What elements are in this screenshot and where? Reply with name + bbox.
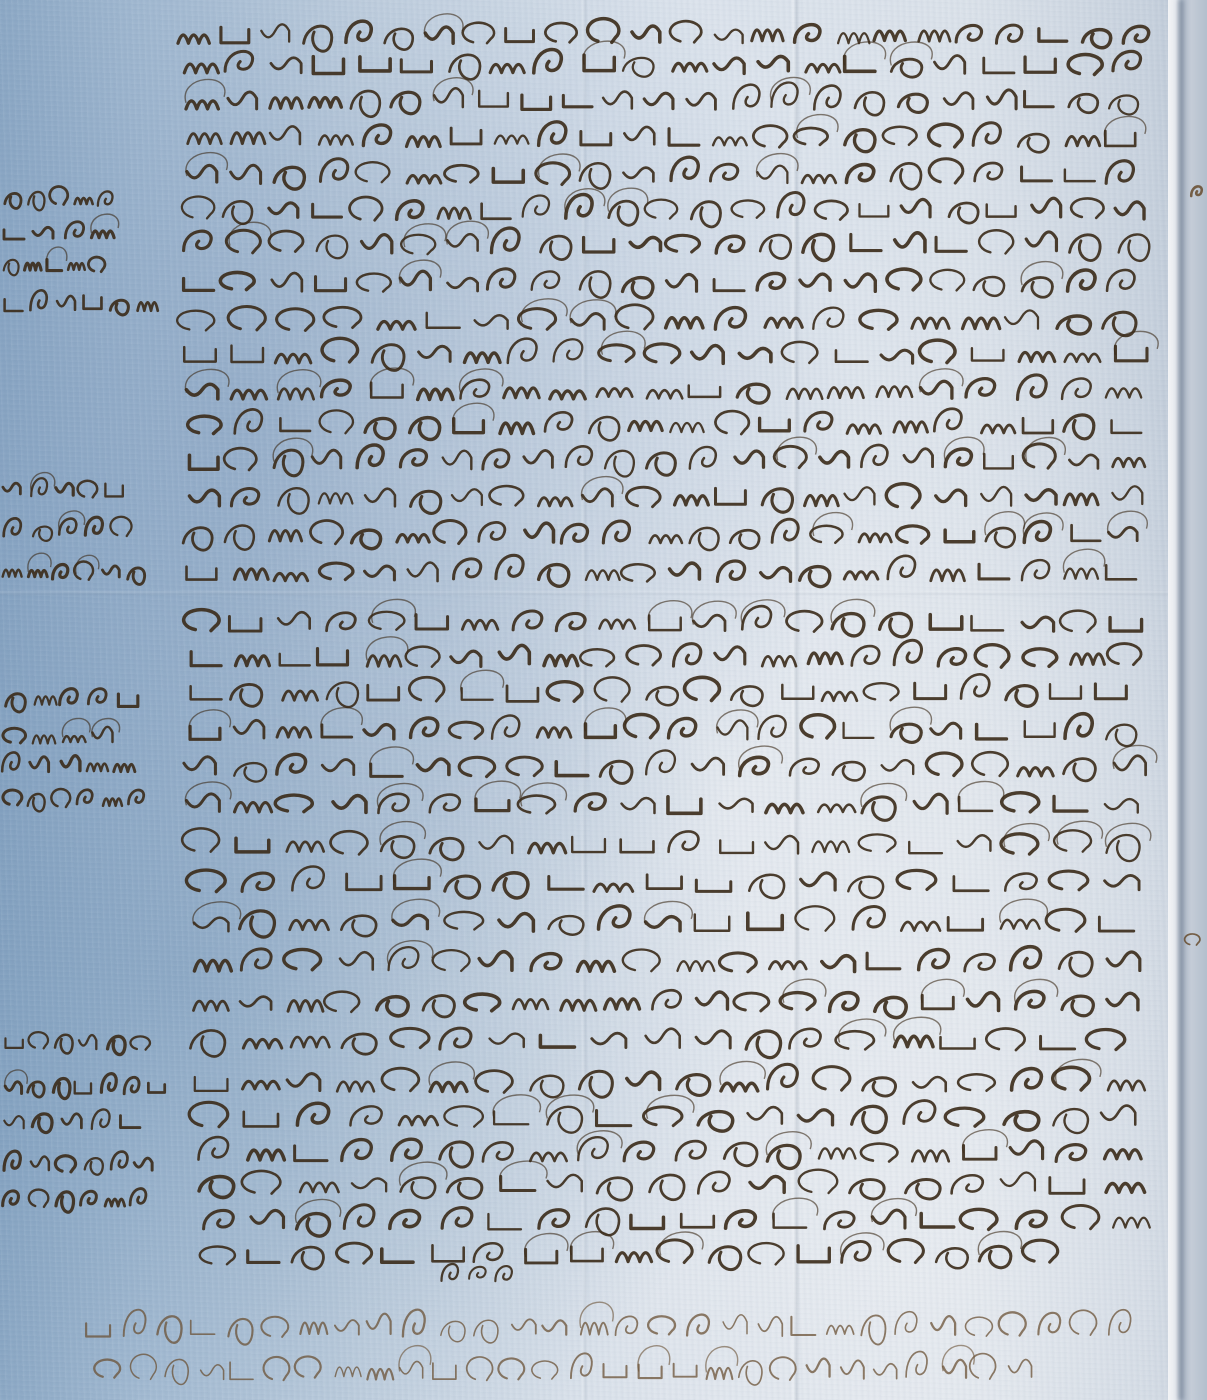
handwritten-glyph <box>696 992 727 1009</box>
handwritten-glyph <box>425 27 453 43</box>
handwritten-glyph <box>689 385 720 396</box>
handwritten-glyph <box>30 290 46 310</box>
handwritten-glyph <box>371 383 402 398</box>
handwritten-flourish <box>189 710 230 733</box>
handwritten-flourish <box>399 1346 431 1372</box>
handwritten-glyph <box>523 196 549 217</box>
handwritten-glyph <box>499 914 533 932</box>
handwritten-glyph <box>6 694 26 712</box>
handwritten-glyph <box>685 677 720 700</box>
handwritten-glyph <box>189 455 218 469</box>
handwritten-glyph <box>59 519 76 535</box>
handwritten-glyph <box>586 570 620 579</box>
handwritten-glyph <box>629 422 662 431</box>
handwritten-glyph <box>449 55 480 80</box>
handwritten-glyph <box>28 570 47 576</box>
main-text-body <box>177 14 1158 1270</box>
handwritten-glyph <box>191 686 222 699</box>
handwritten-glyph <box>762 656 796 666</box>
handwritten-glyph <box>561 1000 596 1010</box>
handwritten-glyph <box>803 234 834 260</box>
handwritten-glyph <box>31 478 47 496</box>
handwritten-glyph <box>1026 490 1056 504</box>
handwritten-glyph <box>1005 874 1036 891</box>
handwritten-glyph <box>787 389 822 399</box>
handwritten-glyph <box>814 86 840 110</box>
handwritten-glyph <box>1022 617 1054 631</box>
handwritten-glyph <box>476 1071 513 1093</box>
handwritten-glyph <box>539 122 566 146</box>
handwritten-glyph <box>111 1152 127 1170</box>
handwritten-glyph <box>487 269 514 289</box>
handwritten-glyph <box>758 1317 782 1336</box>
handwritten-glyph <box>948 917 982 930</box>
handwritten-glyph <box>1123 26 1148 43</box>
handwritten-glyph <box>1108 1081 1145 1090</box>
handwritten-glyph <box>623 168 653 182</box>
handwritten-glyph <box>1024 522 1050 543</box>
handwritten-glyph <box>1016 991 1044 1008</box>
handwritten-glyph <box>31 1156 49 1170</box>
handwritten-glyph <box>102 566 119 577</box>
handwritten-glyph <box>974 277 1004 296</box>
handwritten-glyph <box>347 874 381 890</box>
handwritten-glyph <box>322 338 357 362</box>
handwritten-glyph <box>746 1031 780 1058</box>
handwritten-glyph <box>337 1243 372 1263</box>
handwritten-glyph <box>895 233 925 252</box>
handwritten-glyph <box>752 30 783 41</box>
handwritten-glyph <box>897 526 929 543</box>
handwritten-glyph <box>919 950 949 970</box>
handwritten-glyph <box>1016 1212 1046 1229</box>
handwritten-glyph <box>554 339 583 361</box>
handwritten-glyph <box>4 518 21 536</box>
handwritten-glyph <box>189 490 219 506</box>
handwritten-glyph <box>493 873 528 898</box>
handwritten-glyph <box>753 126 787 148</box>
handwritten-glyph <box>1064 569 1098 579</box>
handwritten-glyph <box>448 278 478 291</box>
handwritten-glyph <box>808 653 842 663</box>
handwritten-glyph <box>1106 565 1136 579</box>
handwritten-glyph <box>714 279 744 290</box>
handwritten-glyph <box>881 350 913 363</box>
handwritten-glyph <box>195 1077 228 1091</box>
handwritten-flourish <box>475 781 521 804</box>
handwritten-glyph <box>395 876 429 889</box>
handwritten-glyph <box>508 339 537 363</box>
handwritten-glyph <box>287 1074 320 1091</box>
handwritten-glyph <box>621 840 654 853</box>
handwritten-glyph <box>410 418 440 440</box>
handwritten-glyph <box>1050 684 1081 698</box>
handwritten-glyph <box>240 911 275 937</box>
handwritten-flourish <box>583 41 625 64</box>
handwritten-glyph <box>710 164 737 181</box>
handwritten-glyph <box>537 728 571 737</box>
handwritten-glyph <box>433 950 470 971</box>
handwritten-glyph <box>550 391 585 399</box>
handwritten-glyph <box>400 450 426 467</box>
handwritten-glyph <box>340 952 373 969</box>
handwritten-glyph <box>742 606 771 629</box>
handwritten-glyph <box>830 993 858 1012</box>
handwritten-glyph <box>548 1175 582 1191</box>
handwritten-flourish <box>797 115 838 138</box>
margin-notes <box>2 186 165 1212</box>
handwritten-glyph <box>1107 644 1141 665</box>
handwritten-glyph <box>765 318 802 327</box>
handwritten-glyph <box>327 682 358 707</box>
handwritten-flourish <box>62 718 90 737</box>
handwritten-glyph <box>194 918 228 932</box>
handwritten-glyph <box>929 159 963 183</box>
handwritten-glyph <box>389 947 419 970</box>
handwritten-glyph <box>221 27 249 42</box>
handwritten-glyph <box>536 163 570 185</box>
handwritten-glyph <box>920 340 955 362</box>
handwritten-flourish <box>5 1070 28 1089</box>
handwritten-glyph <box>310 521 342 544</box>
handwritten-glyph <box>813 308 843 329</box>
handwritten-glyph <box>490 486 524 505</box>
handwritten-glyph <box>283 691 318 700</box>
handwritten-flourish <box>461 670 504 693</box>
handwritten-glyph <box>28 192 44 210</box>
handwritten-glyph <box>966 1317 993 1336</box>
handwritten-glyph <box>1022 167 1052 181</box>
handwritten-glyph <box>316 277 346 291</box>
handwritten-glyph <box>280 418 310 431</box>
handwritten-glyph <box>901 199 930 216</box>
handwritten-glyph <box>929 124 963 147</box>
handwritten-glyph <box>2 752 19 771</box>
handwritten-flourish <box>645 901 693 924</box>
handwritten-glyph <box>589 417 619 440</box>
handwritten-glyph <box>802 175 836 183</box>
closing-word <box>441 1264 511 1281</box>
handwritten-glyph <box>632 26 660 42</box>
handwritten-glyph <box>945 449 971 467</box>
handwritten-glyph <box>1105 875 1139 889</box>
handwritten-glyph <box>956 25 981 42</box>
handwritten-glyph <box>671 157 698 180</box>
handwritten-glyph <box>475 315 508 329</box>
handwritten-glyph <box>1110 618 1142 632</box>
handwritten-glyph <box>734 993 769 1011</box>
handwritten-glyph <box>264 1357 290 1380</box>
handwritten-glyph <box>479 836 512 853</box>
handwritten-glyph <box>820 452 849 467</box>
handwritten-glyph <box>1113 458 1145 466</box>
handwritten-glyph <box>1064 415 1094 439</box>
handwritten-glyph <box>864 683 899 700</box>
handwritten-glyph <box>304 26 332 51</box>
handwritten-glyph <box>445 876 480 898</box>
handwritten-glyph <box>184 757 216 774</box>
handwritten-glyph <box>225 525 254 549</box>
handwritten-glyph <box>926 753 961 775</box>
handwritten-glyph <box>1095 684 1126 699</box>
handwritten-glyph <box>891 163 921 189</box>
handwritten-glyph <box>647 687 678 705</box>
handwritten-glyph <box>582 489 612 506</box>
handwritten-glyph <box>1068 270 1095 291</box>
handwritten-flourish <box>638 1346 670 1372</box>
handwritten-glyph <box>605 999 640 1009</box>
handwritten-glyph <box>382 1068 419 1091</box>
handwritten-glyph <box>248 1251 279 1263</box>
handwritten-glyph <box>1109 1310 1131 1335</box>
handwritten-glyph <box>859 534 891 542</box>
handwritten-glyph <box>665 235 699 252</box>
handwritten-glyph <box>895 1312 917 1334</box>
handwritten-glyph <box>904 449 933 467</box>
handwritten-flourish <box>773 1198 818 1221</box>
handwritten-glyph <box>721 1083 758 1091</box>
handwritten-glyph <box>1010 1141 1042 1159</box>
handwritten-glyph <box>33 527 52 541</box>
handwritten-glyph <box>98 191 113 205</box>
handwritten-glyph <box>571 1247 602 1261</box>
handwritten-glyph <box>584 55 614 70</box>
handwritten-glyph <box>819 1148 855 1158</box>
handwritten-glyph <box>1107 993 1138 1010</box>
handwritten-glyph <box>984 58 1014 73</box>
handwritten-glyph <box>758 716 785 739</box>
handwritten-glyph <box>393 915 427 929</box>
handwritten-glyph <box>698 1112 733 1132</box>
handwritten-glyph <box>184 347 216 361</box>
handwritten-glyph <box>372 345 404 371</box>
handwritten-glyph <box>506 28 534 41</box>
handwritten-glyph <box>774 1214 807 1228</box>
handwritten-glyph <box>720 799 753 812</box>
handwritten-glyph <box>322 725 352 737</box>
handwritten-glyph <box>906 1352 927 1377</box>
handwritten-glyph <box>922 995 953 1008</box>
signature-block <box>86 1302 1130 1385</box>
handwritten-glyph <box>292 866 323 890</box>
handwritten-glyph <box>3 728 26 743</box>
handwritten-glyph <box>313 204 342 217</box>
handwritten-glyph <box>65 222 83 238</box>
handwritten-glyph <box>518 796 555 814</box>
handwritten-glyph <box>493 169 523 183</box>
handwritten-glyph <box>960 1209 997 1229</box>
handwritten-glyph <box>677 1075 710 1096</box>
handwritten-glyph <box>1018 375 1047 399</box>
handwritten-glyph <box>861 1144 897 1162</box>
handwritten-glyph <box>1041 1036 1075 1049</box>
handwritten-glyph <box>872 1210 905 1228</box>
handwritten-glyph <box>47 260 62 271</box>
handwritten-glyph <box>750 1176 784 1192</box>
handwritten-glyph <box>290 920 329 929</box>
handwritten-glyph <box>1023 418 1053 433</box>
handwritten-glyph <box>236 838 269 852</box>
handwritten-glyph <box>277 754 306 774</box>
handwritten-glyph <box>986 528 1015 547</box>
handwritten-glyph <box>79 1035 96 1049</box>
handwritten-glyph <box>476 799 509 811</box>
handwritten-glyph <box>945 530 974 542</box>
handwritten-glyph <box>29 1032 49 1048</box>
handwritten-glyph <box>312 450 341 468</box>
handwritten-glyph <box>378 794 408 813</box>
handwritten-glyph <box>242 1171 280 1194</box>
handwritten-glyph <box>677 961 714 971</box>
handwritten-glyph <box>322 380 351 397</box>
handwritten-glyph <box>578 962 615 972</box>
handwritten-glyph <box>883 127 917 145</box>
handwritten-ink-layer <box>0 0 1207 1400</box>
handwritten-glyph <box>406 647 440 667</box>
handwritten-glyph <box>631 1215 664 1228</box>
handwritten-glyph <box>291 1037 329 1047</box>
handwritten-glyph <box>441 1321 465 1341</box>
handwritten-glyph <box>945 1108 983 1126</box>
handwritten-glyph <box>3 570 22 577</box>
handwritten-flourish <box>921 979 964 1002</box>
handwritten-glyph <box>401 235 435 254</box>
handwritten-glyph <box>231 489 258 506</box>
handwritten-glyph <box>1001 1173 1035 1191</box>
handwritten-glyph <box>319 493 353 503</box>
handwritten-glyph <box>772 519 798 542</box>
handwritten-glyph <box>3 790 22 805</box>
handwritten-glyph <box>148 1083 164 1092</box>
handwritten-glyph <box>687 1315 709 1336</box>
handwritten-glyph <box>444 1106 482 1126</box>
handwritten-glyph <box>646 750 675 774</box>
handwritten-glyph <box>186 794 219 812</box>
handwritten-glyph <box>737 384 769 403</box>
handwritten-glyph <box>597 1178 632 1200</box>
handwritten-glyph <box>335 1367 361 1376</box>
handwritten-glyph <box>833 762 865 780</box>
handwritten-glyph <box>810 526 842 543</box>
handwritten-glyph <box>368 685 399 700</box>
handwritten-glyph <box>184 64 218 73</box>
handwritten-glyph <box>1049 871 1088 890</box>
handwritten-glyph <box>1054 830 1091 851</box>
handwritten-glyph <box>931 1316 955 1335</box>
handwritten-glyph <box>234 720 264 738</box>
handwritten-glyph <box>522 95 551 109</box>
handwritten-glyph <box>284 949 321 969</box>
handwritten-glyph <box>733 85 759 109</box>
handwritten-glyph <box>352 1178 386 1191</box>
handwritten-glyph <box>1185 934 1200 945</box>
handwritten-glyph <box>418 389 453 399</box>
handwritten-glyph <box>1106 161 1133 183</box>
handwritten-glyph <box>188 416 221 433</box>
handwritten-glyph <box>597 1111 631 1126</box>
handwritten-glyph <box>571 314 604 330</box>
handwritten-glyph <box>713 137 747 145</box>
handwritten-glyph <box>240 997 271 1010</box>
handwritten-glyph <box>390 1211 420 1229</box>
handwritten-glyph <box>897 870 936 889</box>
handwritten-glyph <box>749 875 784 898</box>
handwritten-glyph <box>231 390 266 399</box>
handwritten-glyph <box>789 1029 820 1048</box>
handwritten-glyph <box>828 387 863 397</box>
handwritten-glyph <box>529 843 566 852</box>
handwritten-glyph <box>599 620 634 629</box>
handwritten-glyph <box>1022 278 1052 298</box>
handwritten-glyph <box>863 1078 896 1096</box>
handwritten-glyph <box>805 496 839 506</box>
handwritten-glyph <box>1032 198 1061 217</box>
handwritten-glyph <box>987 205 1016 217</box>
handwritten-flourish <box>446 221 488 244</box>
handwritten-glyph <box>128 790 143 804</box>
handwritten-glyph <box>761 568 791 582</box>
handwritten-glyph <box>292 1247 324 1269</box>
handwritten-glyph <box>444 912 483 930</box>
handwritten-glyph <box>300 1183 338 1192</box>
handwritten-glyph <box>531 954 561 971</box>
handwritten-glyph <box>647 453 676 475</box>
handwritten-glyph <box>403 1310 425 1337</box>
handwritten-glyph <box>774 446 806 467</box>
handwritten-glyph <box>616 1316 638 1335</box>
handwritten-glyph <box>646 1029 680 1048</box>
handwritten-glyph <box>327 613 356 631</box>
handwritten-glyph <box>320 159 347 182</box>
handwritten-glyph <box>235 409 262 433</box>
handwritten-glyph <box>545 412 572 431</box>
handwritten-glyph <box>770 1357 796 1380</box>
handwritten-glyph <box>63 736 86 742</box>
handwritten-glyph <box>798 1246 829 1262</box>
handwritten-glyph <box>860 204 889 216</box>
handwritten-glyph <box>367 1369 393 1379</box>
handwritten-glyph <box>438 208 470 218</box>
handwritten-glyph <box>841 1360 864 1378</box>
handwritten-glyph <box>874 1364 897 1379</box>
handwritten-glyph <box>766 804 803 812</box>
handwritten-glyph <box>331 831 368 854</box>
handwritten-glyph <box>690 528 719 550</box>
handwritten-glyph <box>3 1191 19 1206</box>
handwritten-glyph <box>692 758 724 774</box>
handwritten-glyph <box>381 836 414 858</box>
handwritten-glyph <box>226 230 260 253</box>
handwritten-glyph <box>1107 270 1134 291</box>
handwritten-glyph <box>859 834 896 851</box>
handwritten-glyph <box>846 165 873 183</box>
handwritten-glyph <box>526 1249 557 1263</box>
handwritten-glyph <box>739 1361 762 1385</box>
handwritten-glyph <box>544 656 578 666</box>
handwritten-glyph <box>288 1001 323 1012</box>
handwritten-glyph <box>57 296 75 310</box>
handwritten-glyph <box>190 1030 224 1056</box>
handwritten-flourish <box>693 601 737 624</box>
handwritten-glyph <box>300 1323 327 1334</box>
handwritten-glyph <box>1064 494 1098 504</box>
handwritten-glyph <box>277 309 314 331</box>
handwritten-flourish <box>783 979 826 1002</box>
handwritten-glyph <box>898 94 927 112</box>
handwritten-glyph <box>1025 91 1054 106</box>
handwritten-glyph <box>1071 654 1105 664</box>
handwritten-glyph <box>674 1364 697 1377</box>
